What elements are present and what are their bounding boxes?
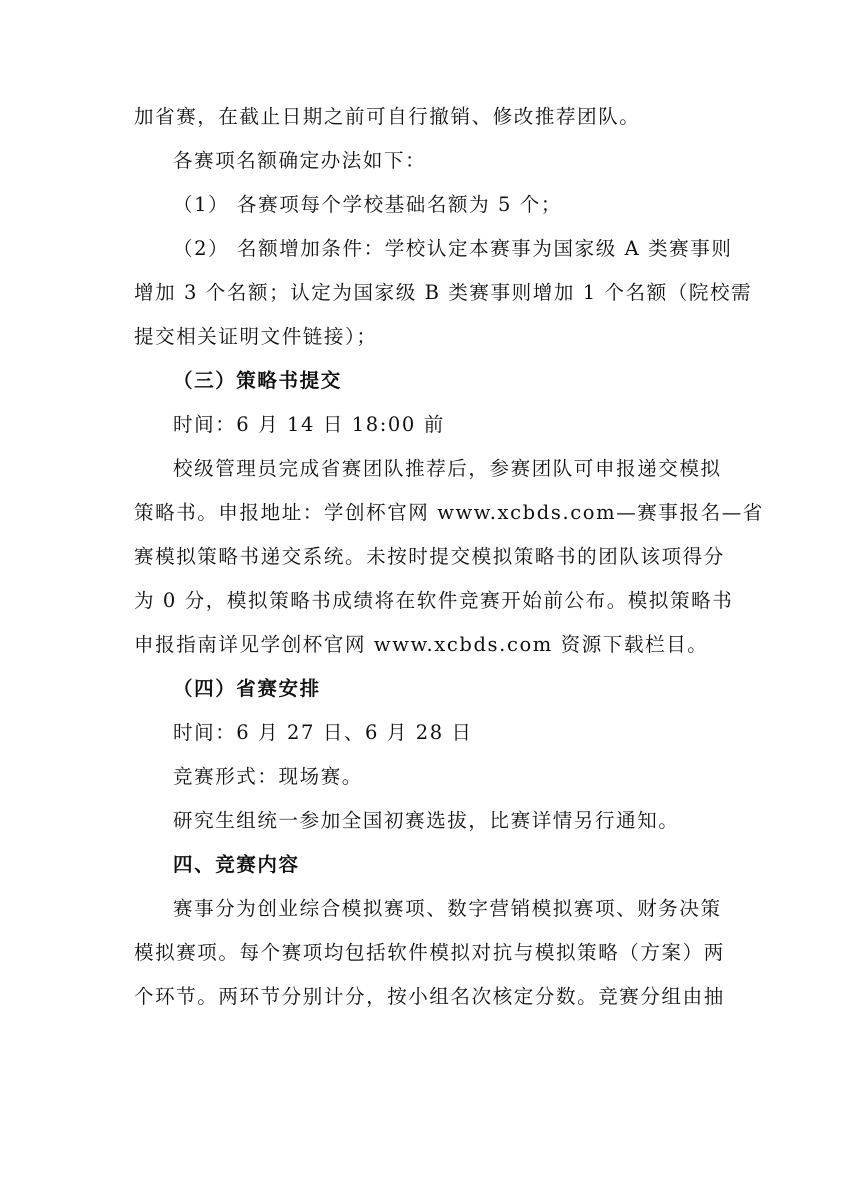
paragraph-line: 个环节。两环节分别计分，按小组名次核定分数。竞赛分组由抽 [134,983,714,1011]
paragraph-line: 竞赛形式：现场赛。 [173,763,753,791]
paragraph-line: 研究生组统一参加全国初赛选拔，比赛详情另行通知。 [173,807,753,835]
paragraph-line: 策略书。申报地址：学创杯官网 www.xcbds.com—赛事报名—省 [134,499,714,527]
list-item: （1） 各赛项每个学校基础名额为 5 个； [173,191,753,219]
list-item: （2） 名额增加条件：学校认定本赛事为国家级 A 类赛事则 [173,235,753,263]
paragraph-line: 加省赛，在截止日期之前可自行撤销、修改推荐团队。 [134,103,714,131]
paragraph-line: 赛模拟策略书递交系统。未按时提交模拟策略书的团队该项得分 [134,543,714,571]
document-page: 加省赛，在截止日期之前可自行撤销、修改推荐团队。 各赛项名额确定办法如下： （1… [0,0,848,1200]
paragraph-line: 校级管理员完成省赛团队推荐后，参赛团队可申报递交模拟 [173,455,753,483]
section-heading: （四）省赛安排 [173,675,753,703]
paragraph-line: 赛事分为创业综合模拟赛项、数字营销模拟赛项、财务决策 [173,895,753,923]
section-heading: （三）策略书提交 [173,367,753,395]
paragraph-line: 各赛项名额确定办法如下： [173,147,753,175]
paragraph-line: 为 0 分，模拟策略书成绩将在软件竞赛开始前公布。模拟策略书 [134,587,714,615]
chapter-heading: 四、竞赛内容 [173,851,753,879]
paragraph-line: 提交相关证明文件链接）； [134,323,714,351]
paragraph-line: 模拟赛项。每个赛项均包括软件模拟对抗与模拟策略（方案）两 [134,939,714,967]
paragraph-line: 申报指南详见学创杯官网 www.xcbds.com 资源下载栏目。 [134,631,714,659]
paragraph-line: 增加 3 个名额；认定为国家级 B 类赛事则增加 1 个名额（院校需 [134,279,714,307]
paragraph-line: 时间：6 月 27 日、6 月 28 日 [173,719,753,747]
paragraph-line: 时间：6 月 14 日 18:00 前 [173,411,753,439]
